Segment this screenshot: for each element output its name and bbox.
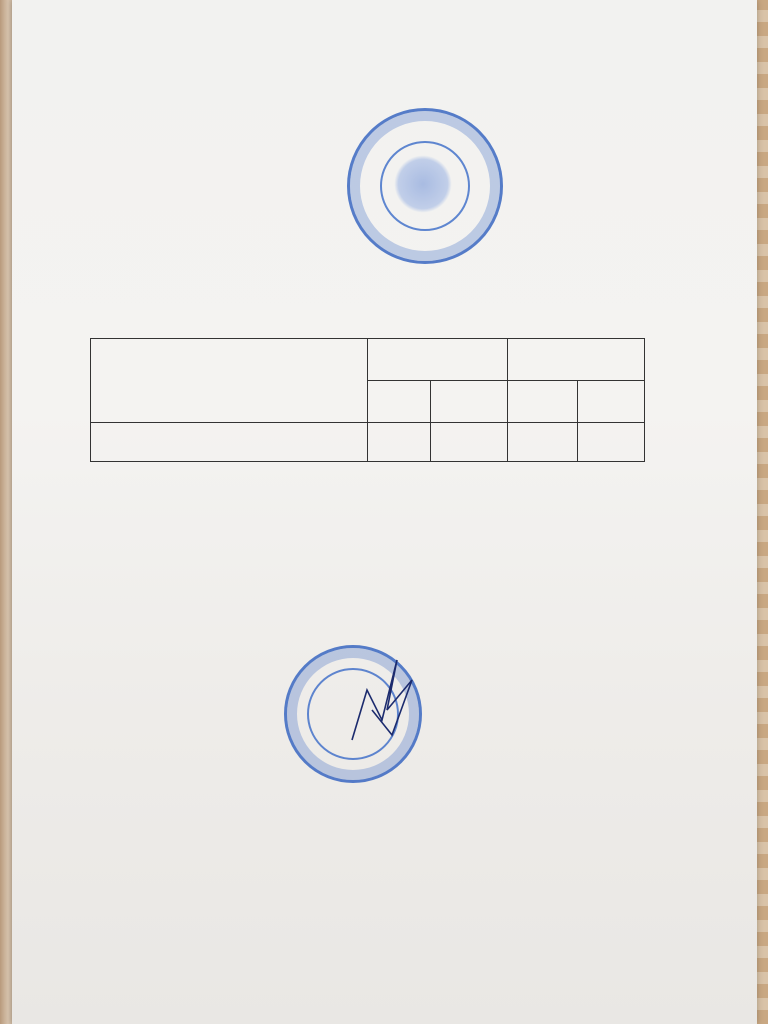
total-label <box>91 423 368 462</box>
header-dish-name <box>91 339 368 423</box>
subheader-price <box>431 381 508 423</box>
subheader-price <box>577 381 644 423</box>
subheader-output <box>508 381 577 423</box>
document-page <box>12 0 757 1024</box>
handwritten-signature <box>342 650 422 750</box>
total-price-9-11 <box>577 423 644 462</box>
total-row <box>91 423 645 462</box>
subheader-output <box>367 381 431 423</box>
official-stamp <box>347 108 503 264</box>
menu-table <box>90 338 645 462</box>
total-empty <box>508 423 577 462</box>
total-empty <box>367 423 431 462</box>
header-grades-9-11 <box>508 339 645 381</box>
header-grades-5-8 <box>367 339 508 381</box>
total-price-5-8 <box>431 423 508 462</box>
